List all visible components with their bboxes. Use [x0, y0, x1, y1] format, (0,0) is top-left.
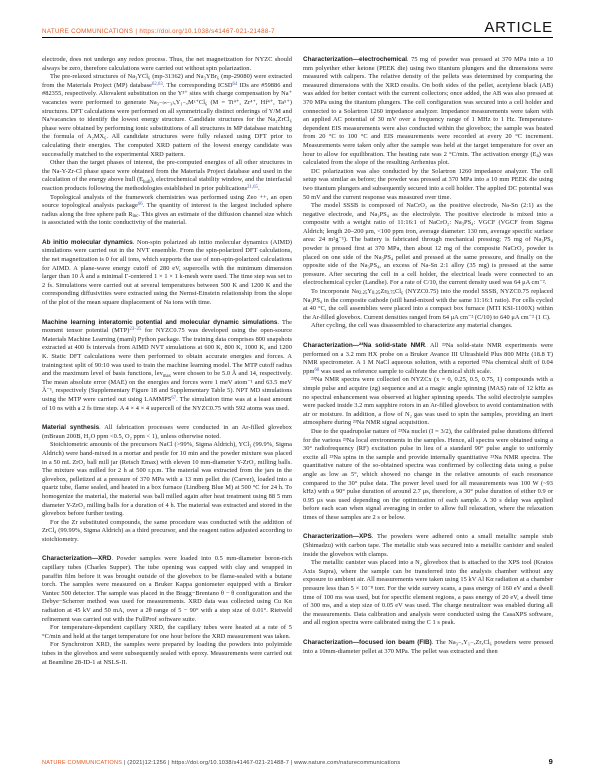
paragraph: For the Zr substituted compounds, the sa… — [42, 519, 292, 545]
page-footer: NATURE COMMUNICATIONS | (2021)12:1256 | … — [42, 757, 553, 766]
paragraph: For Synchrotron XRD, the samples were pr… — [42, 641, 292, 667]
right-column: Characterization—electrochemical. 75 mg … — [303, 56, 553, 667]
section-paragraph: Characterization—²³Na solid-state NMR. A… — [303, 342, 553, 376]
paragraph: Due to the quadrupolar nature of ²³Na nu… — [303, 428, 553, 523]
paragraph: electrode, does not undergo any redox pr… — [42, 56, 292, 73]
paragraph: The metallic canister was placed into a … — [303, 559, 553, 628]
section-paragraph: Material synthesis. All fabrication proc… — [42, 424, 292, 441]
subscript: a — [537, 154, 539, 159]
footer-citation-line: NATURE COMMUNICATIONS | (2021)12:1256 | … — [42, 760, 400, 766]
paragraph: To incorporate Na2.25Y0.25Zr0.75Cl₆ (NYZ… — [303, 288, 553, 322]
footer-journal-name: NATURE COMMUNICATIONS — [42, 760, 122, 766]
section-paragraph: Machine learning interatomic potential a… — [42, 319, 292, 414]
section-paragraph: Characterization—electrochemical. 75 mg … — [303, 56, 553, 168]
left-column: electrode, does not undergo any redox pr… — [42, 56, 292, 667]
section-paragraph: Characterization—focused ion beam (FIB).… — [303, 639, 553, 656]
subscript: hull — [143, 180, 151, 185]
header-journal-doi-link[interactable]: NATURE COMMUNICATIONS | https://doi.org/… — [42, 28, 275, 35]
subscript: 0.25 — [372, 291, 380, 296]
page-header: NATURE COMMUNICATIONS | https://doi.org/… — [42, 20, 553, 38]
section-heading: Characterization—electrochemical — [303, 56, 407, 63]
section-paragraph: Ab initio molecular dynamics. Non-spin p… — [42, 239, 292, 308]
article-type-label: ARTICLE — [484, 20, 553, 35]
reference-link[interactable]: 68 — [314, 368, 319, 373]
reference-link[interactable]: 62,63 — [152, 82, 163, 87]
section-heading: Characterization—focused ion beam (FIB) — [303, 639, 432, 646]
reference-link[interactable]: 67 — [171, 396, 176, 401]
section-heading: Characterization—XRD — [42, 555, 111, 562]
paragraph: After cycling, the cell was disassembled… — [303, 322, 553, 331]
subscript: max — [163, 374, 171, 379]
article-page: NATURE COMMUNICATIONS | https://doi.org/… — [0, 0, 595, 782]
reference-link[interactable]: 23–25 — [129, 327, 141, 332]
paragraph: Topological analysis of the framework ch… — [42, 194, 292, 228]
paragraph: ²³Na NMR spectra were collected on NYZCx… — [303, 376, 553, 428]
section-heading: Machine learning interatomic potential a… — [42, 319, 277, 326]
reference-link[interactable]: 66 — [138, 202, 143, 207]
section-heading: Ab initio molecular dynamics — [42, 239, 133, 246]
section-heading: Material synthesis — [42, 424, 99, 431]
subscript: inc — [133, 214, 139, 219]
section-heading: Characterization—²³Na solid-state NMR — [303, 342, 425, 349]
section-heading: Characterization—XPS — [303, 533, 372, 540]
section-paragraph: Characterization—XPS. The powders were a… — [303, 533, 553, 559]
reference-link[interactable]: 21,65 — [247, 185, 258, 190]
paragraph: Stoichiometric amounts of the precursors… — [42, 441, 292, 518]
body-columns: electrode, does not undergo any redox pr… — [42, 56, 553, 667]
subscript: 0.75 — [387, 291, 395, 296]
paragraph: For temperature-dependent capillary XRD,… — [42, 624, 292, 641]
paragraph: The model SSSB is composed of NaCrO₂ as … — [303, 202, 553, 288]
paragraph: DC polarization was also conducted by th… — [303, 168, 553, 202]
paragraph: Other than the target phases of interest… — [42, 159, 292, 193]
footer-citation-link[interactable]: | (2021)12:1256 | https://doi.org/10.103… — [122, 760, 400, 766]
subscript: 2.25 — [359, 291, 367, 296]
reference-link[interactable]: 64 — [233, 82, 238, 87]
section-paragraph: Characterization—XRD. Powder samples wer… — [42, 555, 292, 624]
paragraph: The pre-relaxed structures of Na₃YCl₆ (m… — [42, 73, 292, 159]
page-number: 9 — [549, 757, 553, 766]
